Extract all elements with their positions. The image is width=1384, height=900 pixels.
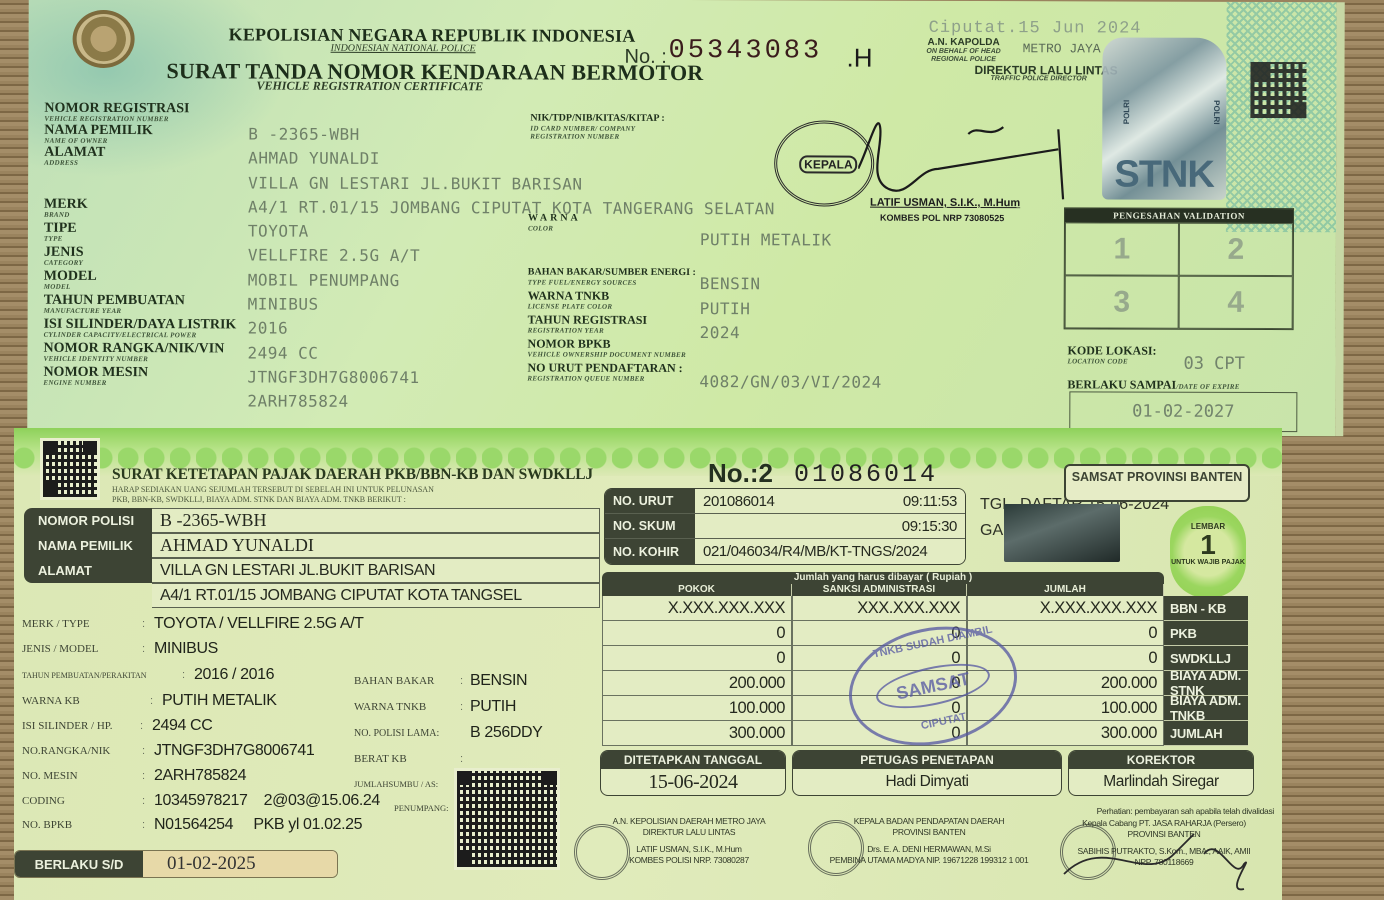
owner-row: ALAMATVILLA GN LESTARI JL.BUKIT BARISAN xyxy=(24,558,600,583)
label-en: VEHICLE OWNERSHIP DOCUMENT NUMBER xyxy=(528,350,696,359)
hologram-text: STNK xyxy=(1102,153,1226,196)
field-label: JUMLAHSUMBU / AS: xyxy=(354,779,460,789)
label-kode-lokasi: KODE LOKASI: xyxy=(1068,344,1157,357)
place-date: Ciputat.15 Jun 2024 xyxy=(929,19,1142,39)
label-berlaku-sampai: BERLAKU SAMPAI xyxy=(1067,377,1176,391)
owner-box: NOMOR POLISIB -2365-WBH NAMA PEMILIKAHMA… xyxy=(24,508,600,608)
label-en: BRAND xyxy=(44,211,237,220)
field-value: B 256DDY xyxy=(470,724,542,742)
value-nomor-bpkb xyxy=(699,346,881,371)
ganti-label: GA xyxy=(980,522,1003,540)
label-en: LICENSE PLATE COLOR xyxy=(528,302,696,311)
label-nomor-rangka: NOMOR RANGKA/NIK/VIN xyxy=(44,342,237,356)
payment-cell-jumlah: 300.000 xyxy=(967,721,1164,746)
sig-line2: PROVINSI BANTEN xyxy=(794,827,1064,838)
field-value: BENSIN xyxy=(470,672,527,690)
value-alamat-2: A4/1 RT.01/15 JOMBANG CIPUTAT KOTA TANGE… xyxy=(248,195,775,221)
berlaku-label: BERLAKU S/D xyxy=(15,851,143,877)
value-warna: PUTIH METALIK xyxy=(700,230,832,249)
skpd-title: SURAT KETETAPAN PAJAK DAERAH PKB/BBN-KB … xyxy=(112,466,593,484)
payment-cell-pokok: X.XXX.XXX.XXX xyxy=(602,596,792,621)
owner-value: AHMAD YUNALDI xyxy=(152,533,600,558)
berlaku-value: 01-02-2025 xyxy=(143,851,337,877)
police-emblem-icon xyxy=(73,10,135,68)
stamp-bottom-text: CIPUTAT xyxy=(920,711,968,732)
petugas-value: Hadi Dimyati xyxy=(793,769,1061,795)
label-en: LOCATION CODE xyxy=(1067,357,1156,365)
payment-cell-pokok: 100.000 xyxy=(602,696,792,721)
payment-cell-pokok: 0 xyxy=(602,646,792,671)
label-en: /DATE OF EXPIRE xyxy=(1176,383,1240,391)
issuer-region: METRO JAYA xyxy=(1023,41,1101,56)
owner-label: NAMA PEMILIK xyxy=(24,533,152,558)
label-nama-pemilik: NAMA PEMILIK xyxy=(44,124,237,138)
label-en: TYPE xyxy=(44,235,237,244)
issuer-line1-en: ON BEHALF OF HEAD REGIONAL POLICE xyxy=(909,48,1019,64)
lembar-number: 1 xyxy=(1170,531,1246,559)
skpd-fields-left: MERK / TYPE:TOYOTA / VELLFIRE 2.5G A/T J… xyxy=(22,612,380,838)
queue-label: NO. SKUM xyxy=(605,514,695,538)
label-tahun-pembuatan: TAHUN PEMBUATAN xyxy=(44,294,237,308)
owner-value: VILLA GN LESTARI JL.BUKIT BARISAN xyxy=(152,558,600,583)
stnk-left-labels: NOMOR REGISTRASIVEHICLE REGISTRATION NUM… xyxy=(43,102,237,391)
queue-label: NO. URUT xyxy=(605,489,695,513)
institution-title-en: INDONESIAN NATIONAL POLICE xyxy=(331,43,476,55)
payment-cell-pokok: 200.000 xyxy=(602,671,792,696)
signatory-nrp: KOMBES POL NRP 73080525 xyxy=(880,213,1004,223)
skpd-number: 01086014 xyxy=(794,460,938,489)
field-value: PUTIH xyxy=(470,698,516,716)
field-label: BAHAN BAKAR xyxy=(354,675,460,687)
field-label: PENUMPANG: xyxy=(394,803,448,813)
stamp-text: KEPALA xyxy=(799,155,858,173)
validation-header: PENGESAHAN VALIDATION xyxy=(1065,208,1293,223)
stamp-middle-text: SAMSAT xyxy=(872,655,993,716)
column-header: SANKSI ADMINISTRASI xyxy=(792,584,967,596)
queue-time: 09:15:30 xyxy=(902,518,957,535)
field-value: TOYOTA / VELLFIRE 2.5G A/T xyxy=(154,615,364,633)
nik-block: NIK/TDP/NIB/KITAS/KITAP : ID CARD NUMBER… xyxy=(530,111,690,141)
queue-value: 201086014 xyxy=(703,493,774,510)
field-label: NO. POLISI LAMA: xyxy=(354,728,470,739)
label-en: MODEL xyxy=(44,283,237,292)
sig-line2: DIREKTUR LALU LINTAS xyxy=(574,827,804,838)
sig-name: Drs. E. A. DENI HERMAWAN, M.Si xyxy=(794,844,1064,855)
label-bahan-bakar: BAHAN BAKAR/SUMBER ENERGI : xyxy=(528,265,696,279)
label-merk: MERK xyxy=(44,198,237,212)
field-value: PUTIH METALIK xyxy=(162,692,277,710)
label-en: ADDRESS xyxy=(44,159,237,168)
label-en: REGISTRATION YEAR xyxy=(528,326,696,335)
payment-cell-sanksi: XXX.XXX.XXX xyxy=(792,596,967,621)
sig-id: KOMBES POLISI NRP. 73080287 xyxy=(574,855,804,866)
berlaku-sd: BERLAKU S/D 01-02-2025 xyxy=(14,850,338,878)
korektor-label: KOREKTOR xyxy=(1069,751,1253,769)
skpd-subtitle-line: HARAP SEDIAKAN UANG SEJUMLAH TERSEBUT DI… xyxy=(112,485,542,495)
skpd-subtitle-line: PKB, BBN-KB, SWDKLLJ, BIAYA ADM. STNK DA… xyxy=(112,495,542,505)
field-label: NO. BPKB xyxy=(22,819,142,831)
field-label: BERAT KB xyxy=(354,753,460,765)
owner-label: ALAMAT xyxy=(24,558,152,583)
lembar-bottom: UNTUK WAJIB PAJAK xyxy=(1170,559,1246,567)
label-en: CATEGORY xyxy=(44,259,237,268)
signatory-name: LATIF USMAN, S.I.K., M.Hum xyxy=(870,197,1020,210)
stnk-right-labels: BAHAN BAKAR/SUMBER ENERGI :TYPE FUEL/ENE… xyxy=(527,265,695,386)
skpd-subtitle: HARAP SEDIAKAN UANG SEJUMLAH TERSEBUT DI… xyxy=(112,485,542,505)
assessment-boxes: DITETAPKAN TANGGAL15-06-2024 PETUGAS PEN… xyxy=(600,750,1254,796)
owner-label xyxy=(24,583,152,608)
field-value: MINIBUS xyxy=(154,640,218,658)
payment-row-label: BBN - KB xyxy=(1164,596,1248,621)
owner-label: NOMOR POLISI xyxy=(24,508,152,533)
owner-value: B -2365-WBH xyxy=(152,508,600,533)
payment-row-label: BIAYA ADM. TNKB xyxy=(1164,696,1248,721)
payment-cell-pokok: 0 xyxy=(602,621,792,646)
field-value: 2ARH785824 xyxy=(154,767,246,785)
queue-row: NO. SKUM09:15:30 xyxy=(605,514,965,539)
label-nik-en: ID CARD NUMBER/ COMPANY REGISTRATION NUM… xyxy=(530,124,690,141)
queue-row: NO. KOHIR021/046034/R4/MB/KT-TNGS/2024 xyxy=(605,539,965,564)
stnk-right-values: BENSIN PUTIH 2024 4082/GN/03/VI/2024 xyxy=(699,272,882,395)
value-nomor-mesin: 2ARH785824 xyxy=(247,390,774,416)
issuer-line2-en: TRAFFIC POLICE DIRECTOR xyxy=(990,75,1086,82)
field-label: NO. MESIN xyxy=(22,770,142,782)
redaction-sticker xyxy=(1004,504,1120,562)
field-value: 2494 CC xyxy=(152,717,212,735)
validation-cell: 2 xyxy=(1179,223,1293,276)
label-nomor-bpkb: NOMOR BPKB xyxy=(528,337,696,351)
column-header: POKOK xyxy=(602,584,792,596)
queue-time: 09:11:53 xyxy=(903,493,957,510)
stnk-left-values: B -2365-WBH AHMAD YUNALDI VILLA GN LESTA… xyxy=(247,122,775,415)
label-tipe: TIPE xyxy=(44,222,237,236)
validation-grid: PENGESAHAN VALIDATION 1 2 3 4 xyxy=(1064,207,1294,330)
field-label: JENIS / MODEL xyxy=(22,643,142,655)
footer-signature-1: A.N. KEPOLISIAN DAERAH METRO JAYA DIREKT… xyxy=(574,816,804,866)
hologram-side-label: POLRI xyxy=(1122,100,1131,124)
owner-value: A4/1 RT.01/15 JOMBANG CIPUTAT KOTA TANGS… xyxy=(152,583,600,608)
ditetapkan-label: DITETAPKAN TANGGAL xyxy=(601,751,785,769)
label-no-urut: NO URUT PENDAFTARAN : xyxy=(527,361,695,375)
queue-row: NO. URUT20108601409:11:53 xyxy=(605,489,965,514)
value-nama-pemilik: AHMAD YUNALDI xyxy=(248,147,775,173)
ditetapkan-box: DITETAPKAN TANGGAL15-06-2024 xyxy=(600,750,786,796)
expiry-date: 01-02-2027 xyxy=(1069,391,1297,432)
payment-row: X.XXX.XXX.XXXXXX.XXX.XXXX.XXX.XXX.XXXBBN… xyxy=(602,596,1248,621)
warna-block: WARNA COLOR xyxy=(528,211,581,232)
stnk-card: KEPOLISIAN NEGARA REPUBLIK INDONESIA IND… xyxy=(27,0,1345,436)
location-code-label: KODE LOKASI: LOCATION CODE xyxy=(1067,344,1156,365)
field-label: MERK / TYPE xyxy=(22,618,142,630)
label-en: TYPE FUEL/ENERGY SOURCES xyxy=(528,278,696,287)
owner-row: NAMA PEMILIKAHMAD YUNALDI xyxy=(24,533,600,558)
field-label: WARNA TNKB xyxy=(354,701,460,713)
value-warna-tnkb: PUTIH xyxy=(700,297,882,322)
signature-icon xyxy=(1044,814,1264,894)
payment-row-label: PKB xyxy=(1164,621,1248,646)
sig-line1: A.N. KEPOLISIAN DAERAH METRO JAYA xyxy=(574,816,804,827)
value-tahun-registrasi: 2024 xyxy=(700,321,882,346)
payment-cell-jumlah: X.XXX.XXX.XXX xyxy=(967,596,1164,621)
owner-row: A4/1 RT.01/15 JOMBANG CIPUTAT KOTA TANGS… xyxy=(24,583,600,608)
location-code-value: 03 CPT xyxy=(1183,354,1244,374)
field-value: N01564254 PKB yl 01.02.25 xyxy=(154,816,362,834)
column-header: JUMLAH xyxy=(967,584,1164,596)
validation-cell: 3 xyxy=(1065,275,1179,328)
payment-cell-pokok: 300.000 xyxy=(602,721,792,746)
skpd-number-label: No.:2 xyxy=(708,458,773,489)
label-alamat: ALAMAT xyxy=(44,146,237,160)
document-number: 05343083 xyxy=(669,36,823,67)
sig-id: PEMBINA UTAMA MADYA NIP. 19671228 199312… xyxy=(794,855,1064,866)
field-label: CODING xyxy=(22,795,142,807)
korektor-value: Marlindah Siregar xyxy=(1069,769,1253,795)
field-label: ISI SILINDER / HP. xyxy=(22,720,140,732)
issuer-line1: A.N. KAPOLDA xyxy=(909,37,1019,48)
owner-row: NOMOR POLISIB -2365-WBH xyxy=(24,508,600,533)
value-alamat-1: VILLA GN LESTARI JL.BUKIT BARISAN xyxy=(248,171,775,197)
label-tahun-registrasi: TAHUN REGISTRASI xyxy=(528,313,696,327)
qr-code-icon xyxy=(1250,62,1306,118)
payment-columns: POKOK SANKSI ADMINISTRASI JUMLAH xyxy=(602,584,1164,596)
queue-label: NO. KOHIR xyxy=(605,539,695,564)
ditetapkan-value: 15-06-2024 xyxy=(601,769,785,795)
validation-cell: 1 xyxy=(1065,222,1179,275)
validation-cell: 4 xyxy=(1179,276,1293,329)
field-value: JTNGF3DH7G8006741 xyxy=(154,742,314,760)
petugas-box: PETUGAS PENETAPANHadi Dimyati xyxy=(792,750,1062,796)
skpd-card: SURAT KETETAPAN PAJAK DAERAH PKB/BBN-KB … xyxy=(14,428,1282,900)
qr-code-icon xyxy=(454,768,560,870)
label-warna-en: COLOR xyxy=(528,224,581,232)
petugas-label: PETUGAS PENETAPAN xyxy=(793,751,1061,769)
queue-box: NO. URUT20108601409:11:53 NO. SKUM09:15:… xyxy=(604,488,966,565)
label-nomor-mesin: NOMOR MESIN xyxy=(43,366,236,380)
qr-code-icon xyxy=(40,438,100,500)
field-label: NO.RANGKA/NIK xyxy=(22,745,142,757)
issuer-block: A.N. KAPOLDA ON BEHALF OF HEAD REGIONAL … xyxy=(909,37,1019,64)
korektor-box: KOREKTORMarlindah Siregar xyxy=(1068,750,1254,796)
payment-caption: Jumlah yang harus dibayar ( Rupiah ) xyxy=(602,572,1164,584)
value-bahan-bakar: BENSIN xyxy=(700,272,882,297)
label-nik: NIK/TDP/NIB/KITAS/KITAP : xyxy=(530,111,690,125)
label-nomor-registrasi: NOMOR REGISTRASI xyxy=(44,102,237,116)
hologram-side-label: POLRI xyxy=(1212,100,1221,124)
sig-name: LATIF USMAN, S.I.K., M.Hum xyxy=(574,844,804,855)
field-label: TAHUN PEMBUATAN/PERAKITAN xyxy=(22,671,182,680)
label-warna: WARNA xyxy=(528,211,581,224)
field-value: 10345978217 2@03@15.06.24 xyxy=(154,792,380,810)
label-isi-silinder: ISI SILINDER/DAYA LISTRIK xyxy=(44,318,237,332)
field-label: WARNA KB xyxy=(22,695,150,707)
label-model: MODEL xyxy=(44,270,237,284)
footer-signature-2: KEPALA BADAN PENDAPATAN DAERAH PROVINSI … xyxy=(794,816,1064,866)
value-nomor-registrasi: B -2365-WBH xyxy=(248,122,775,148)
label-jenis: JENIS xyxy=(44,246,237,260)
sig-line1: KEPALA BADAN PENDAPATAN DAERAH xyxy=(794,816,1064,827)
field-value: 2016 / 2016 xyxy=(194,666,274,684)
value-no-urut: 4082/GN/03/VI/2024 xyxy=(699,370,881,395)
document-number-suffix: .H xyxy=(847,43,873,74)
payment-row-label: JUMLAH xyxy=(1164,721,1248,746)
value-merk: TOYOTA xyxy=(248,220,775,246)
document-title-en: VEHICLE REGISTRATION CERTIFICATE xyxy=(256,78,483,94)
samsat-box: SAMSAT PROVINSI BANTEN xyxy=(1064,464,1250,502)
label-en: REGISTRATION QUEUE NUMBER xyxy=(527,374,695,383)
number-label: No. : xyxy=(625,46,667,69)
queue-value: 021/046034/R4/MB/KT-TNGS/2024 xyxy=(703,543,927,560)
label-warna-tnkb: WARNA TNKB xyxy=(528,289,696,303)
